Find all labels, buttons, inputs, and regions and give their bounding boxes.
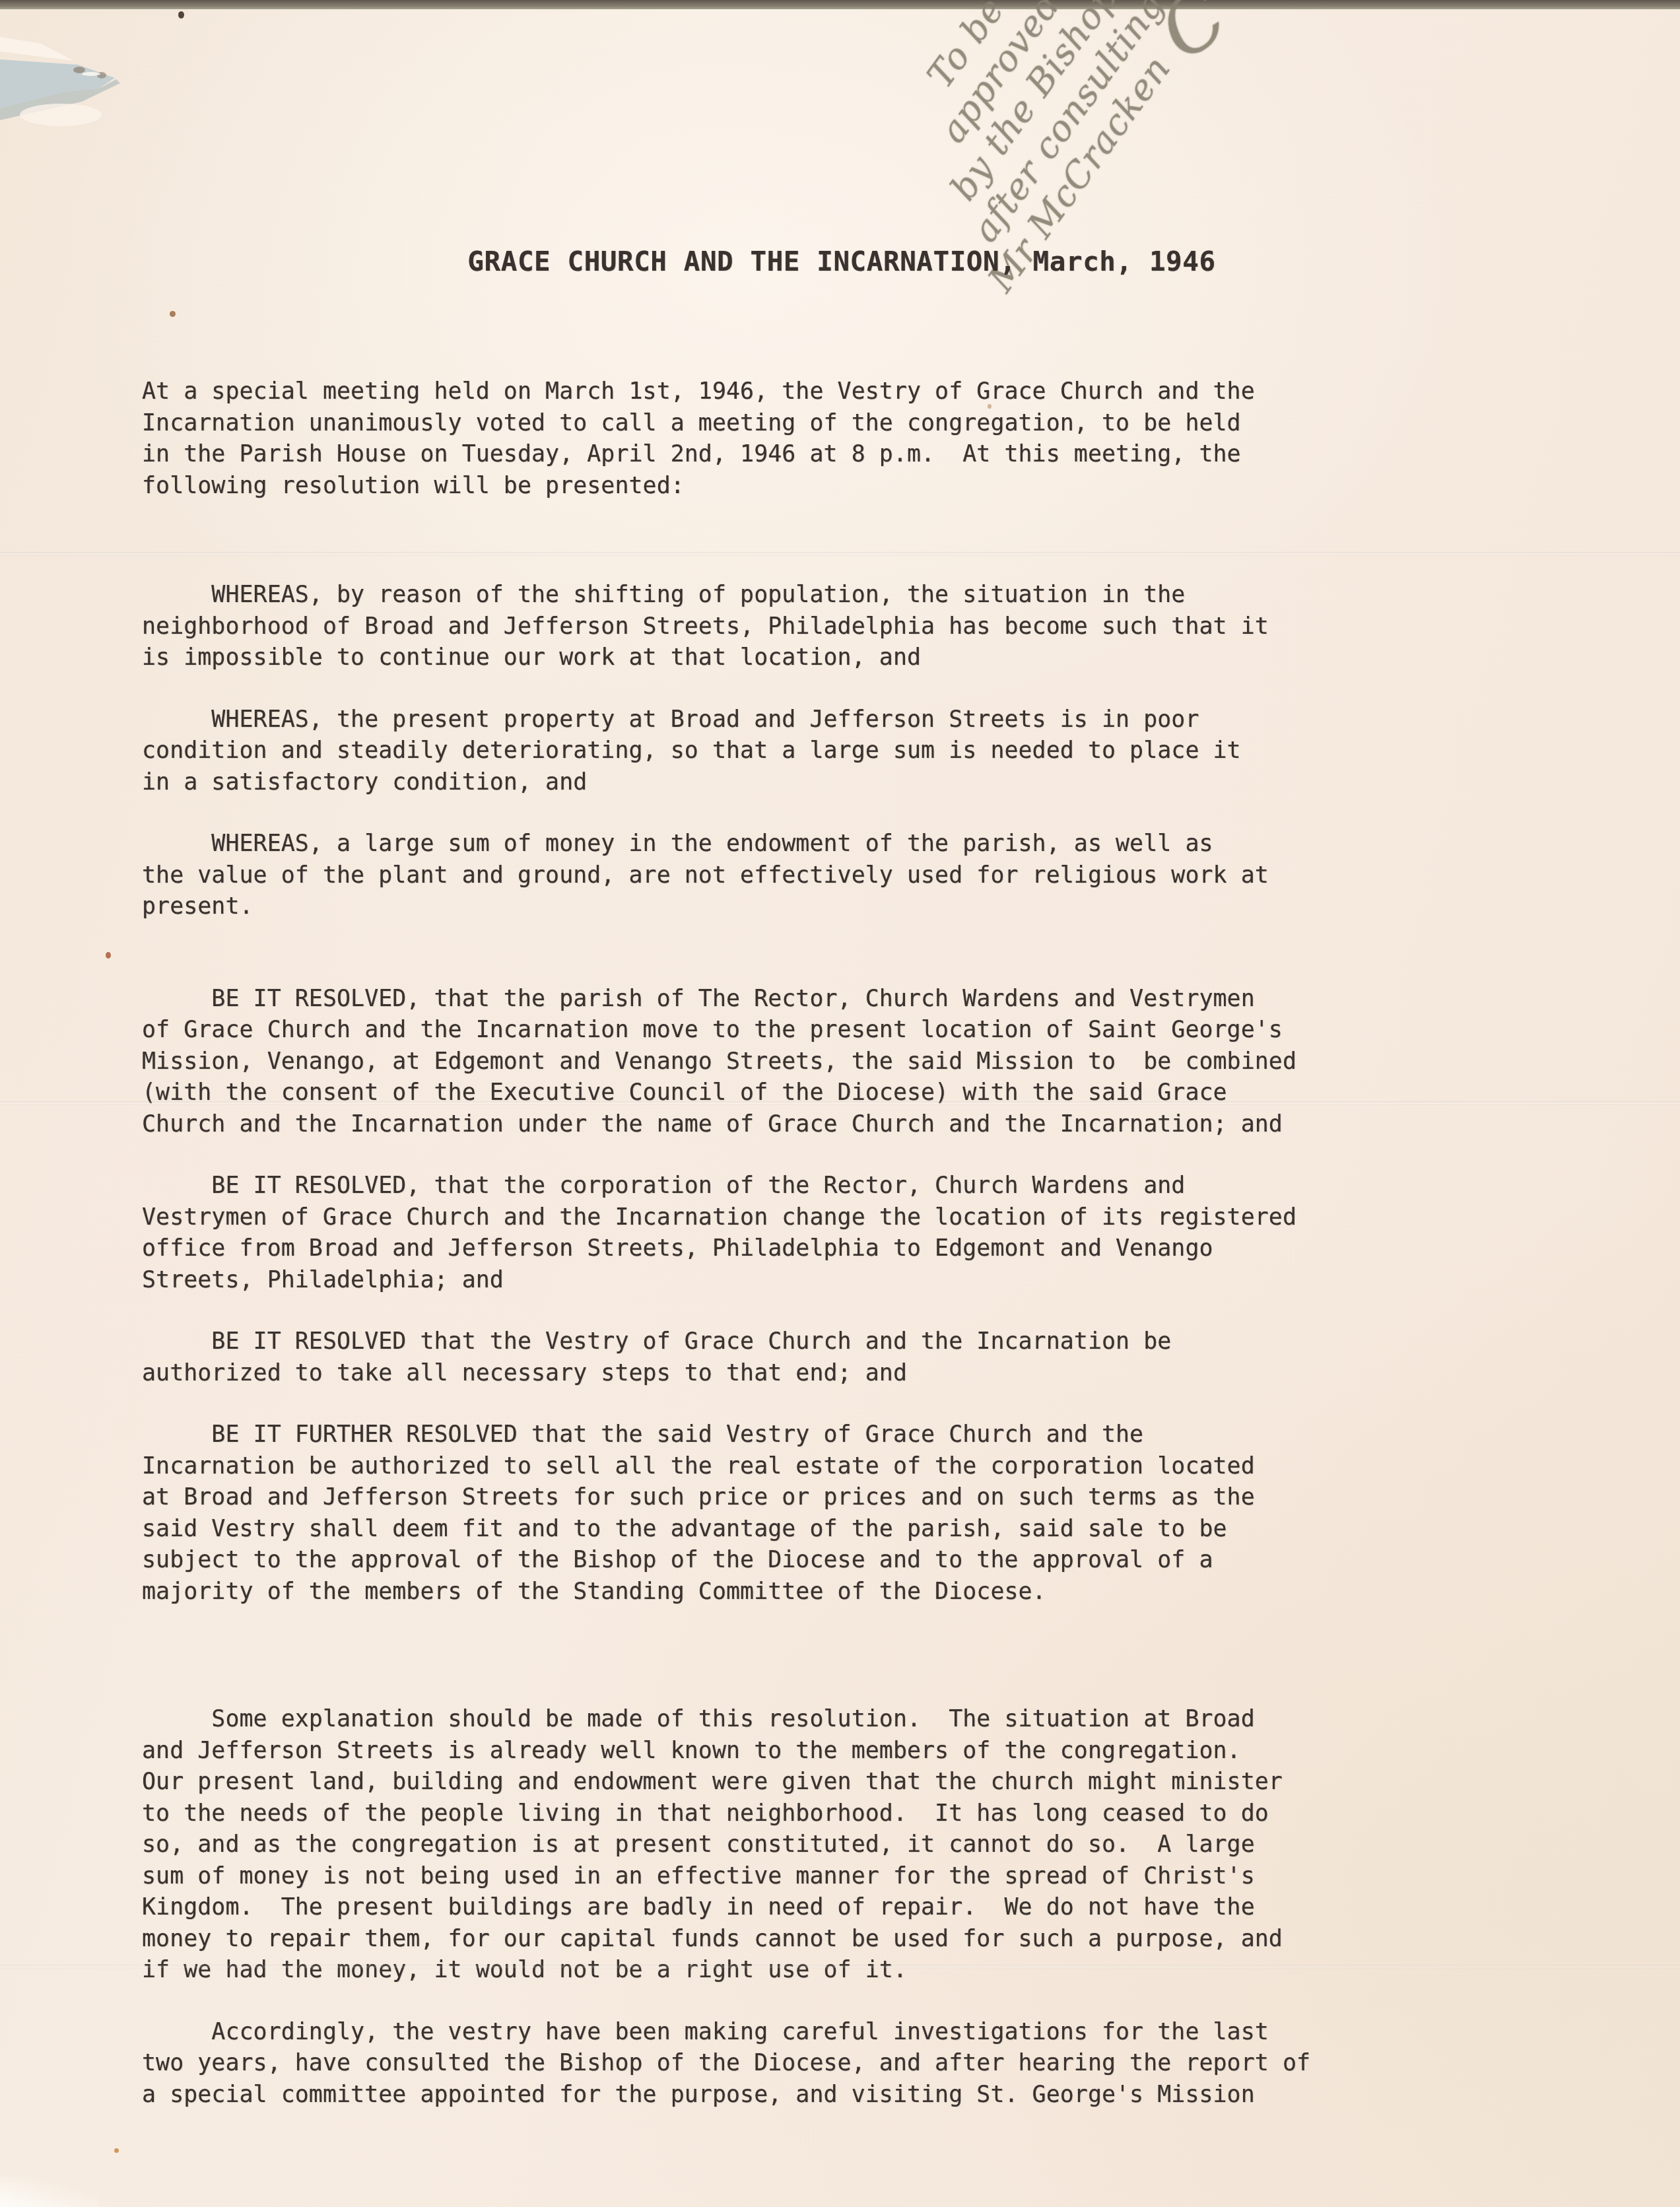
paragraph: BE IT FURTHER RESOLVED that the said Ves… — [142, 1419, 1541, 1608]
typed-page-content: GRACE CHURCH AND THE INCARNATION, March,… — [0, 0, 1680, 2141]
paper-corner-highlight — [0, 2177, 99, 2207]
paragraph: BE IT RESOLVED, that the corporation of … — [142, 1171, 1541, 1296]
paragraph: BE IT RESOLVED, that the parish of The R… — [142, 984, 1541, 1141]
paragraph: WHEREAS, by reason of the shifting of po… — [142, 580, 1541, 674]
paper-speck — [114, 2148, 119, 2153]
paragraph: BE IT RESOLVED that the Vestry of Grace … — [142, 1326, 1541, 1389]
document-title: GRACE CHURCH AND THE INCARNATION, March,… — [142, 246, 1541, 277]
paragraph: WHEREAS, a large sum of money in the end… — [142, 829, 1541, 923]
document-body: At a special meeting held on March 1st, … — [142, 376, 1541, 2111]
paragraph: At a special meeting held on March 1st, … — [142, 376, 1541, 502]
paragraph: WHEREAS, the present property at Broad a… — [142, 704, 1541, 799]
paragraph: Accordingly, the vestry have been making… — [142, 2017, 1541, 2111]
paragraph: Some explanation should be made of this … — [142, 1704, 1541, 1986]
